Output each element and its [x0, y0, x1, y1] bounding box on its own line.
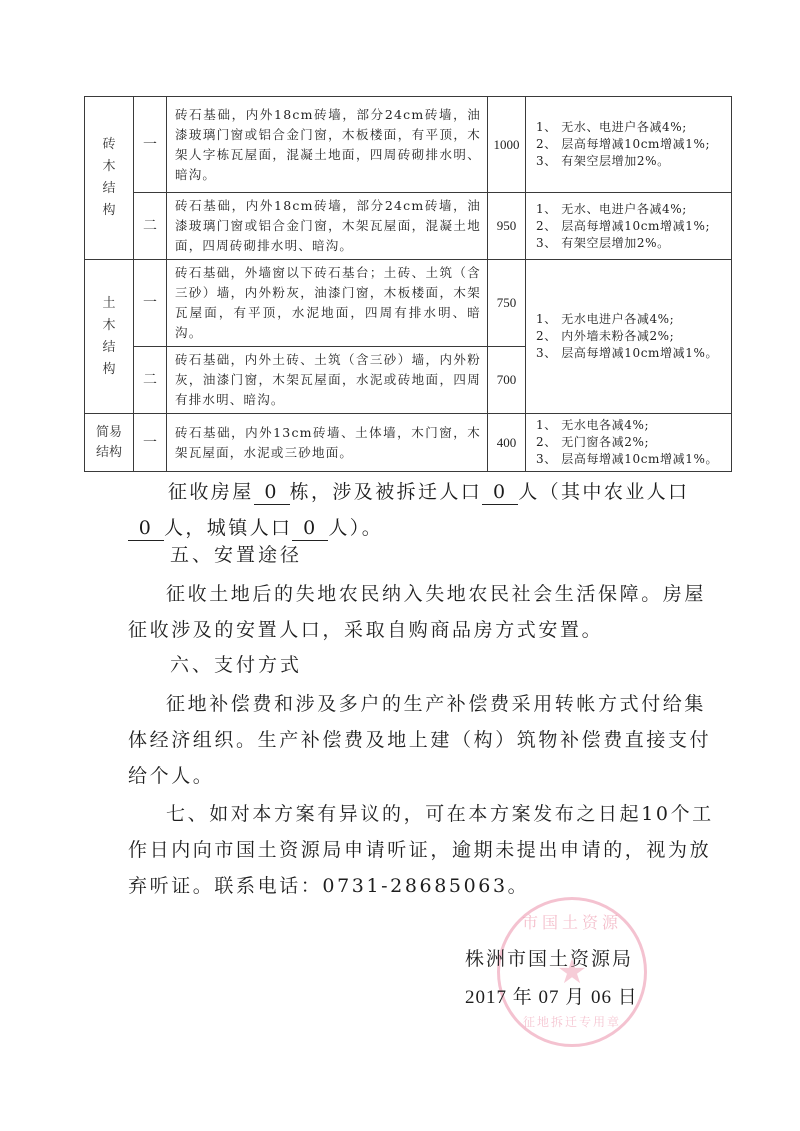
section-6-title: 六、支付方式	[170, 650, 302, 677]
adjustment-line: 2、 层高每增减10cm增减1%;	[536, 136, 727, 153]
adjustment-line: 2、 无门窗各减2%;	[536, 434, 727, 451]
adjustment-line: 3、 有架空层增加2%。	[536, 153, 727, 170]
population-text: 征收房屋	[128, 481, 254, 503]
houses-count: 0	[254, 480, 290, 505]
table-row: 土 木 结 构 一 砖石基础，外墙窗以下砖石基台；土砖、土筑（含三砂）墙，内外粉…	[85, 260, 732, 347]
section-7-paragraph: 七、如对本方案有异议的，可在本方案发布之日起10个工作日内向市国土资源局申请听证…	[128, 796, 718, 904]
adjustment-line: 2、 层高每增减10cm增减1%;	[536, 218, 727, 235]
population-text: 人）。	[328, 517, 383, 539]
adjustment-cell: 1、 无水、电进户各减4%; 2、 层高每增减10cm增减1%; 3、 有架空层…	[526, 193, 732, 260]
description-cell: 砖石基础，内外18cm砖墙，部分24cm砖墙，油漆玻璃门窗或铝合金门窗，木板楼面…	[167, 97, 488, 193]
category-char: 木	[85, 315, 133, 337]
category-char: 结	[85, 337, 133, 359]
category-char: 结	[85, 178, 133, 200]
official-seal: 市国土资源 ★ 征地拆迁专用章	[497, 897, 647, 1047]
population-text: 人（其中农业人口	[518, 481, 689, 503]
table-row: 二 砖石基础，内外18cm砖墙，部分24cm砖墙，油漆玻璃门窗或铝合金门窗，木架…	[85, 193, 732, 260]
section-6-body: 征地补偿费和涉及多户的生产补偿费采用转帐方式付给集体经济组织。生产补偿费及地上建…	[128, 686, 718, 794]
agricultural-count: 0	[128, 516, 164, 541]
description-cell: 砖石基础，外墙窗以下砖石基台；土砖、土筑（含三砂）墙，内外粉灰，油漆门窗，木板楼…	[167, 260, 488, 347]
category-text: 简易	[85, 423, 133, 443]
price-cell: 700	[488, 347, 526, 414]
description-cell: 砖石基础，内外13cm砖墙、土体墙，木门窗，木架瓦屋面，水泥或三砂地面。	[167, 414, 488, 472]
description-cell: 砖石基础，内外18cm砖墙，部分24cm砖墙，油漆玻璃门窗或铝合金门窗，木架瓦屋…	[167, 193, 488, 260]
population-text: 人，城镇人口	[164, 517, 292, 539]
adjustment-line: 3、 层高每增减10cm增减1%。	[536, 345, 727, 362]
category-brick-wood: 砖 木 结 构	[85, 97, 134, 260]
price-cell: 950	[488, 193, 526, 260]
grade-cell: 一	[134, 414, 167, 472]
adjustment-line: 3、 层高每增减10cm增减1%。	[536, 451, 727, 468]
section-5-body: 征收土地后的失地农民纳入失地农民社会生活保障。房屋征收涉及的安置人口，采取自购商…	[128, 576, 718, 648]
category-text: 结构	[85, 443, 133, 463]
adjustment-line: 1、 无水电各减4%;	[536, 417, 727, 434]
grade-cell: 二	[134, 347, 167, 414]
adjustment-cell: 1、 无水电各减4%; 2、 无门窗各减2%; 3、 层高每增减10cm增减1%…	[526, 414, 732, 472]
category-simple: 简易 结构	[85, 414, 134, 472]
building-compensation-table: 砖 木 结 构 一 砖石基础，内外18cm砖墙，部分24cm砖墙，油漆玻璃门窗或…	[84, 96, 732, 472]
price-cell: 1000	[488, 97, 526, 193]
relocated-total: 0	[482, 480, 518, 505]
adjustment-line: 1、 无水、电进户各减4%;	[536, 119, 727, 136]
compensation-table-container: 砖 木 结 构 一 砖石基础，内外18cm砖墙，部分24cm砖墙，油漆玻璃门窗或…	[84, 96, 731, 472]
adjustment-line: 2、 内外墙未粉各减2%;	[536, 328, 727, 345]
issue-date: 2017 年 07 月 06 日	[465, 982, 638, 1009]
adjustment-cell: 1、 无水电进户各减4%; 2、 内外墙未粉各减2%; 3、 层高每增减10cm…	[526, 260, 732, 414]
seal-bottom-text: 征地拆迁专用章	[500, 1013, 644, 1030]
section-7-body: 七、如对本方案有异议的，可在本方案发布之日起10个工作日内向市国土资源局申请听证…	[128, 796, 718, 904]
issuing-organization: 株洲市国土资源局	[465, 944, 633, 971]
adjustment-line: 3、 有架空层增加2%。	[536, 235, 727, 252]
grade-cell: 一	[134, 260, 167, 347]
grade-cell: 一	[134, 97, 167, 193]
urban-count: 0	[292, 516, 328, 541]
adjustment-line: 1、 无水电进户各减4%;	[536, 311, 727, 328]
category-char: 木	[85, 156, 133, 178]
adjustment-cell: 1、 无水、电进户各减4%; 2、 层高每增减10cm增减1%; 3、 有架空层…	[526, 97, 732, 193]
category-earth-wood: 土 木 结 构	[85, 260, 134, 414]
section-5-paragraph: 征收土地后的失地农民纳入失地农民社会生活保障。房屋征收涉及的安置人口，采取自购商…	[128, 576, 718, 648]
category-char: 土	[85, 293, 133, 315]
table-row: 砖 木 结 构 一 砖石基础，内外18cm砖墙，部分24cm砖墙，油漆玻璃门窗或…	[85, 97, 732, 193]
population-text: 栋，涉及被拆迁人口	[290, 481, 483, 503]
section-6-paragraph: 征地补偿费和涉及多户的生产补偿费采用转帐方式付给集体经济组织。生产补偿费及地上建…	[128, 686, 718, 794]
category-char: 构	[85, 359, 133, 381]
adjustment-line: 1、 无水、电进户各减4%;	[536, 201, 727, 218]
table-row: 简易 结构 一 砖石基础，内外13cm砖墙、土体墙，木门窗，木架瓦屋面，水泥或三…	[85, 414, 732, 472]
population-paragraph: 征收房屋0栋，涉及被拆迁人口0人（其中农业人口 0人，城镇人口0人）。	[128, 474, 718, 546]
category-char: 砖	[85, 134, 133, 156]
category-char: 构	[85, 200, 133, 222]
grade-cell: 二	[134, 193, 167, 260]
price-cell: 750	[488, 260, 526, 347]
description-cell: 砖石基础，内外土砖、土筑（含三砂）墙，内外粉灰，油漆门窗，木架瓦屋面，水泥或砖地…	[167, 347, 488, 414]
price-cell: 400	[488, 414, 526, 472]
section-5-title: 五、安置途径	[170, 540, 302, 567]
